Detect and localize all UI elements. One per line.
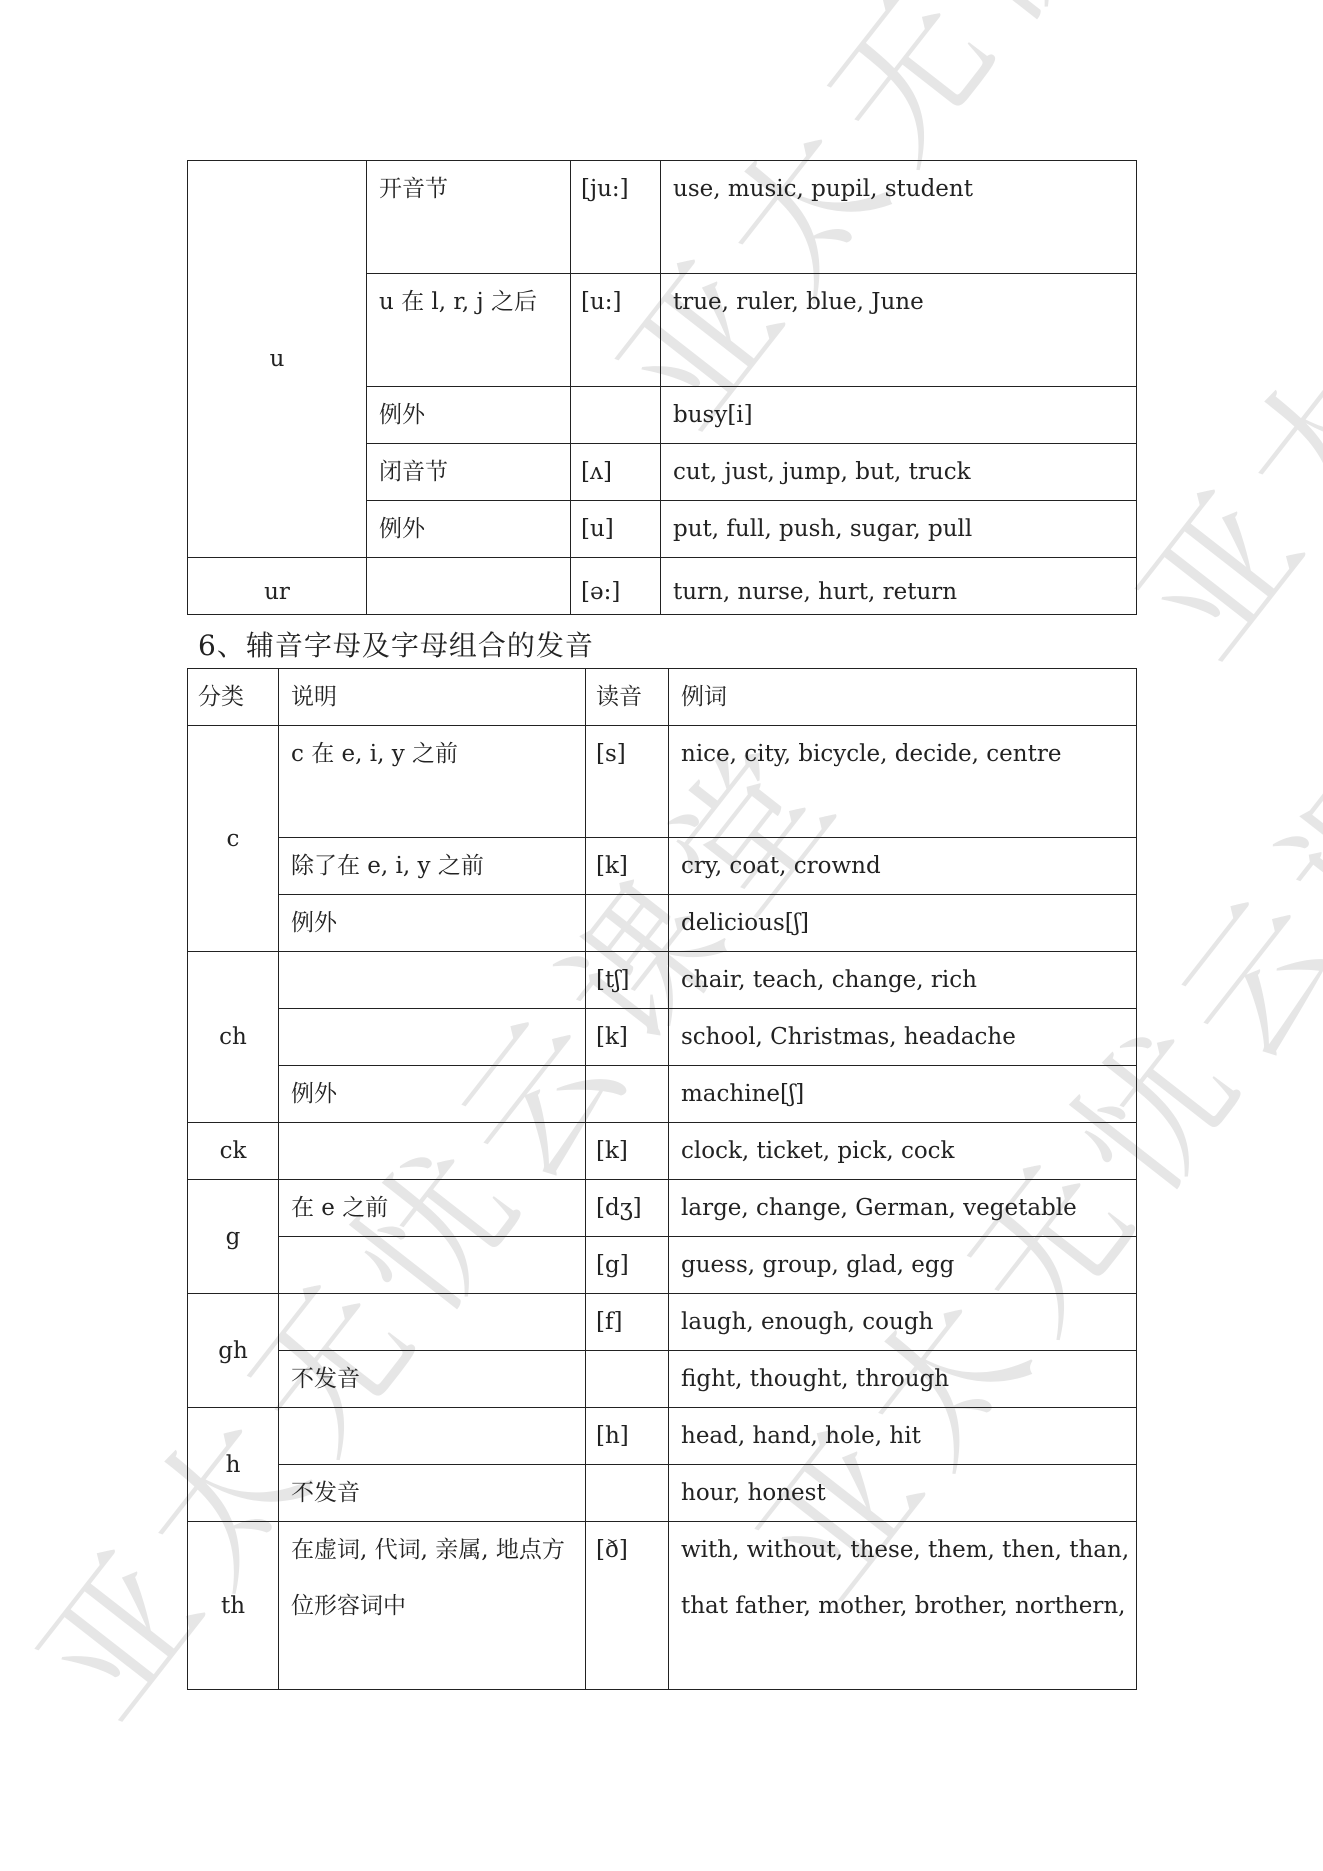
description-cell <box>279 1009 586 1066</box>
examples-cell: cut, just, jump, but, truck <box>661 444 1137 501</box>
examples-cell: machine[ʃ] <box>669 1066 1137 1123</box>
description-cell: 闭音节 <box>367 444 571 501</box>
phonetic-cell: [k] <box>586 1009 669 1066</box>
examples-cell: true, ruler, blue, June <box>661 274 1137 387</box>
phonetic-cell: [tʃ] <box>586 952 669 1009</box>
category-cell: gh <box>188 1294 279 1408</box>
examples-cell: busy[i] <box>661 387 1137 444</box>
category-cell: ck <box>188 1123 279 1180</box>
description-cell: c 在 e, i, y 之前 <box>279 726 586 838</box>
phonetic-cell <box>586 1465 669 1522</box>
description-cell <box>279 1123 586 1180</box>
consonants-table: 分类 说明 读音 例词 c c 在 e, i, y 之前 [s] nice, c… <box>187 668 1137 1690</box>
examples-cell: use, music, pupil, student <box>661 161 1137 274</box>
description-cell: 不发音 <box>279 1465 586 1522</box>
phonetic-cell: [u] <box>571 501 661 558</box>
description-cell <box>279 952 586 1009</box>
description-cell: 开音节 <box>367 161 571 274</box>
description-cell <box>279 1237 586 1294</box>
description-cell: 在 e 之前 <box>279 1180 586 1237</box>
phonetic-cell: [dʒ] <box>586 1180 669 1237</box>
description-cell: 除了在 e, i, y 之前 <box>279 838 586 895</box>
phonetic-cell: [g] <box>586 1237 669 1294</box>
examples-cell: turn, nurse, hurt, return <box>661 558 1137 615</box>
examples-cell: delicious[ʃ] <box>669 895 1137 952</box>
description-cell: 例外 <box>279 1066 586 1123</box>
category-cell: h <box>188 1408 279 1522</box>
examples-cell: put, full, push, sugar, pull <box>661 501 1137 558</box>
phonetic-cell: [k] <box>586 1123 669 1180</box>
examples-cell: school, Christmas, headache <box>669 1009 1137 1066</box>
phonetic-cell: [s] <box>586 726 669 838</box>
phonetic-cell: [ʌ] <box>571 444 661 501</box>
category-cell: g <box>188 1180 279 1294</box>
phonetic-cell <box>586 1066 669 1123</box>
header-phonetic: 读音 <box>586 669 669 726</box>
examples-cell: clock, ticket, pick, cock <box>669 1123 1137 1180</box>
examples-cell: cry, coat, crownd <box>669 838 1137 895</box>
category-cell: ch <box>188 952 279 1123</box>
examples-cell: laugh, enough, cough <box>669 1294 1137 1351</box>
description-cell <box>279 1408 586 1465</box>
category-cell: th <box>188 1522 279 1690</box>
description-cell: u 在 l, r, j 之后 <box>367 274 571 387</box>
description-cell <box>279 1294 586 1351</box>
examples-cell: hour, honest <box>669 1465 1137 1522</box>
phonetic-cell: [ə:] <box>571 558 661 615</box>
header-category: 分类 <box>188 669 279 726</box>
phonetic-cell: [f] <box>586 1294 669 1351</box>
description-cell <box>367 558 571 615</box>
header-examples: 例词 <box>669 669 1137 726</box>
phonetic-cell <box>571 387 661 444</box>
phonetic-cell: [u:] <box>571 274 661 387</box>
examples-cell: chair, teach, change, rich <box>669 952 1137 1009</box>
description-cell: 不发音 <box>279 1351 586 1408</box>
examples-cell: guess, group, glad, egg <box>669 1237 1137 1294</box>
description-cell: 在虚词, 代词, 亲属, 地点方位形容词中 <box>279 1522 586 1690</box>
examples-cell: large, change, German, vegetable <box>669 1180 1137 1237</box>
description-cell: 例外 <box>367 501 571 558</box>
description-cell: 例外 <box>279 895 586 952</box>
phonetic-cell: [k] <box>586 838 669 895</box>
description-cell: 例外 <box>367 387 571 444</box>
examples-cell: nice, city, bicycle, decide, centre <box>669 726 1137 838</box>
header-description: 说明 <box>279 669 586 726</box>
phonetic-cell: [ju:] <box>571 161 661 274</box>
phonetic-cell <box>586 1351 669 1408</box>
phonetic-cell: [h] <box>586 1408 669 1465</box>
examples-cell: fight, thought, through <box>669 1351 1137 1408</box>
phonetic-cell: [ð] <box>586 1522 669 1690</box>
phonetic-cell <box>586 895 669 952</box>
vowel-u-table: u 开音节 [ju:] use, music, pupil, student u… <box>187 160 1137 615</box>
category-cell: ur <box>188 558 367 615</box>
category-cell: u <box>188 161 367 558</box>
category-cell: c <box>188 726 279 952</box>
examples-cell: head, hand, hole, hit <box>669 1408 1137 1465</box>
examples-cell: with, without, these, them, then, than, … <box>669 1522 1137 1690</box>
section-heading: 6、辅音字母及字母组合的发音 <box>198 624 594 664</box>
